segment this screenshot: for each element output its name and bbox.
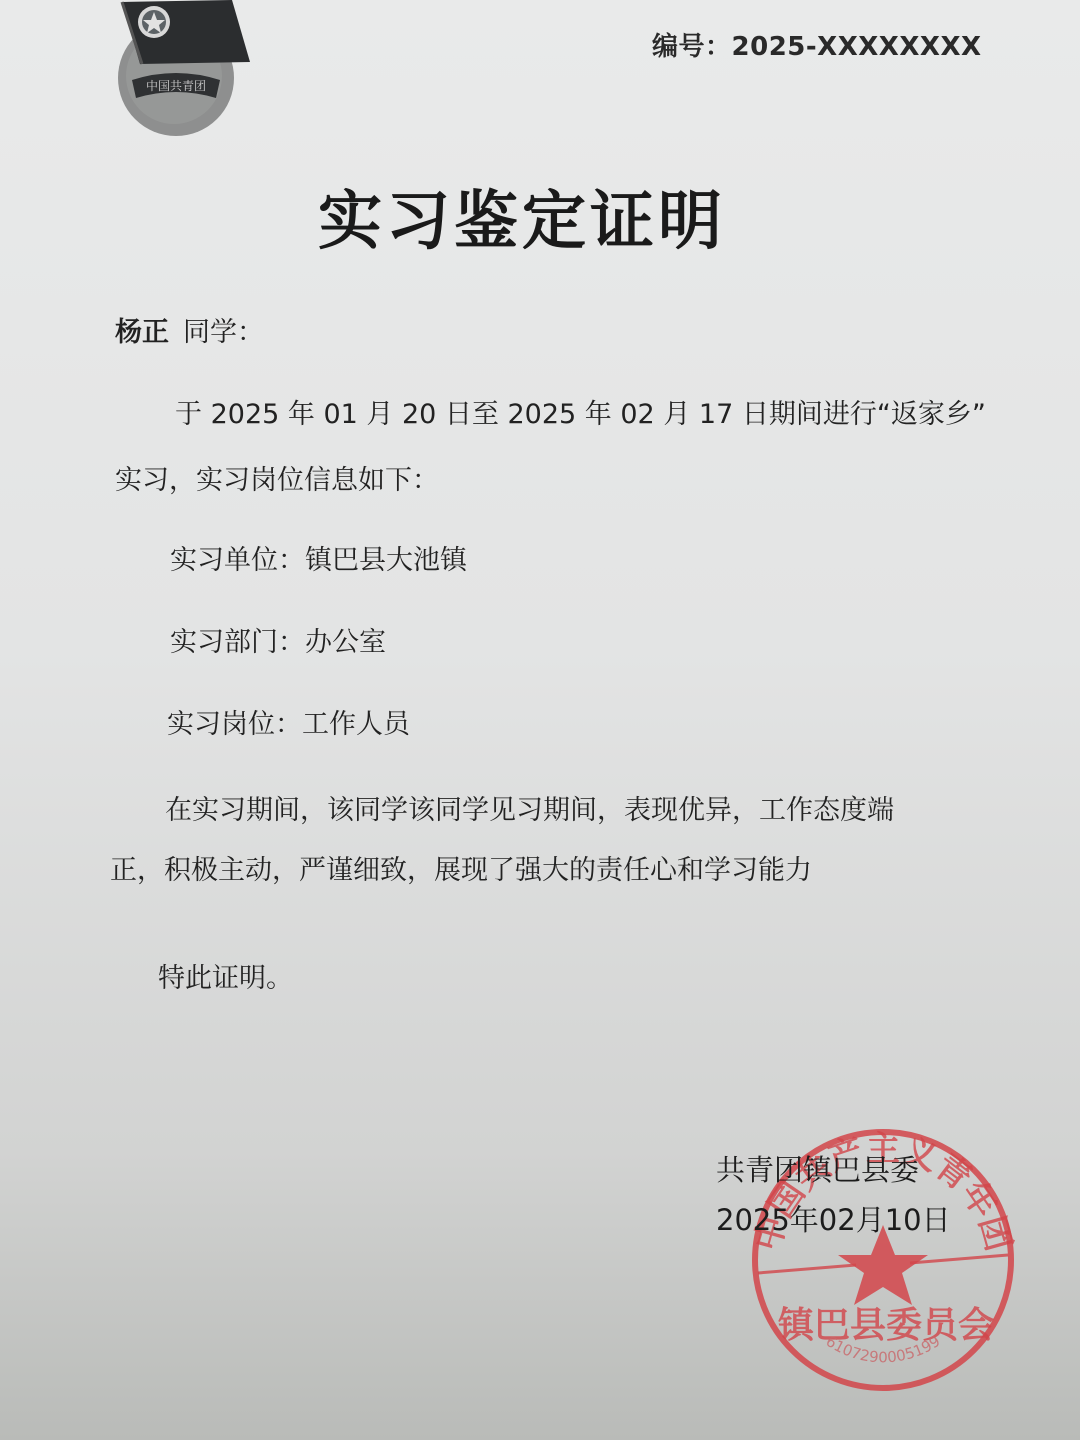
salutation: 杨正同学： (115, 310, 264, 349)
document-number-label: 编号： (652, 32, 732, 62)
internship-department: 实习部门：办公室 (170, 620, 386, 659)
document-number: 编号：2025-XXXXXXXX (652, 26, 982, 63)
internship-position-value: 工作人员 (302, 709, 410, 740)
paragraph-1-line-2: 实习，实习岗位信息如下： (115, 458, 439, 497)
youth-league-emblem-icon: 中国共青团 (104, 0, 254, 140)
document-number-value: 2025-XXXXXXXX (732, 32, 982, 62)
internship-unit-value: 镇巴县大池镇 (305, 545, 467, 576)
paragraph-1-line-1: 于 2025 年 01 月 20 日至 2025 年 02 月 17 日期间进行… (175, 392, 986, 431)
issue-date: 2025年02月10日 (716, 1198, 951, 1239)
student-name: 杨正 (115, 317, 169, 348)
internship-unit: 实习单位：镇巴县大池镇 (170, 538, 467, 577)
paragraph-2-line-2: 正，积极主动，严谨细致，展现了强大的责任心和学习能力 (110, 848, 812, 887)
salutation-suffix: 同学： (183, 317, 264, 348)
issuing-organization: 共青团镇巴县委 (716, 1148, 919, 1189)
internship-position: 实习岗位：工作人员 (167, 702, 410, 741)
document-title: 实习鉴定证明 (318, 170, 726, 262)
internship-unit-label: 实习单位： (170, 545, 305, 576)
paragraph-2-line-1: 在实习期间，该同学该同学见习期间，表现优异，工作态度端 (165, 788, 894, 827)
internship-department-label: 实习部门： (170, 627, 305, 658)
certificate-page: 中国共青团 编号：2025-XXXXXXXX 实习鉴定证明 杨正同学： 于 20… (0, 0, 1080, 1440)
closing-statement: 特此证明。 (158, 956, 293, 995)
svg-text:中国共青团: 中国共青团 (146, 78, 206, 93)
internship-department-value: 办公室 (305, 627, 386, 658)
internship-position-label: 实习岗位： (167, 709, 302, 740)
svg-text:镇巴县委员会: 镇巴县委员会 (778, 1304, 994, 1346)
